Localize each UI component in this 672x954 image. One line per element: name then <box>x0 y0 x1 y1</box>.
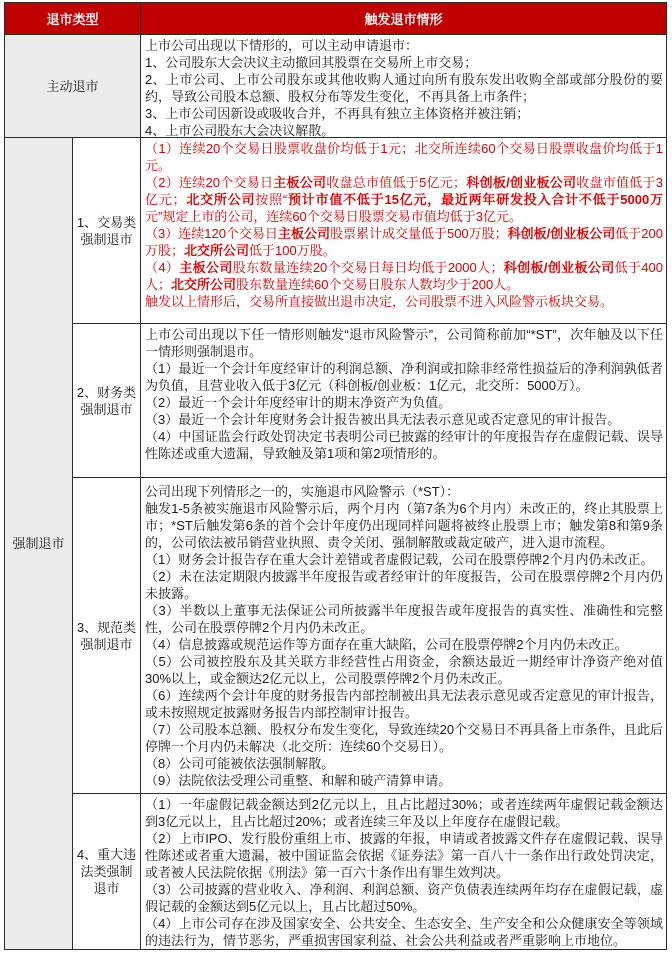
header-trigger-conditions: 触发退市情形 <box>141 3 666 35</box>
cell-major-violation-delisting-conditions: （1）一年虚假记载金额达到2亿元以上，且占比超过30%；或者连续两年虚假记载金额… <box>141 794 666 949</box>
cell-compliance-delisting-conditions: 公司出现下列情形之一的，实施退市风险警示（*ST）： 触发1-5条被实施退市风险… <box>141 478 666 794</box>
row-label-voluntary-delisting: 主动退市 <box>5 35 141 138</box>
delisting-rules-table: 退市类型 触发退市情形 主动退市 上市公司出现以下情形的，可以主动申请退市： 1… <box>4 2 667 950</box>
row-label-trading-forced-delisting: 1、交易类 强制退市 <box>73 138 141 324</box>
row-label-major-violation-forced-delisting: 4、重大违 法类强制 退市 <box>73 794 141 949</box>
cell-financial-delisting-conditions: 上市公司出现以下任一情形则触发“退市风险警示”，公司简称前加“*ST”，次年触及… <box>141 324 666 478</box>
row-label-forced-delisting: 强制退市 <box>5 138 73 949</box>
cell-voluntary-delisting-conditions: 上市公司出现以下情形的，可以主动申请退市： 1、公司股东大会决议主动撤回其股票在… <box>141 35 666 138</box>
cell-trading-delisting-conditions: （1）连续20个交易日股票收盘价均低于1元；北交所连续60个交易日股票收盘价均低… <box>141 138 666 324</box>
header-delisting-type: 退市类型 <box>5 3 141 35</box>
row-label-financial-forced-delisting: 2、财务类 强制退市 <box>73 324 141 478</box>
row-label-compliance-forced-delisting: 3、规范类 强制退市 <box>73 478 141 794</box>
